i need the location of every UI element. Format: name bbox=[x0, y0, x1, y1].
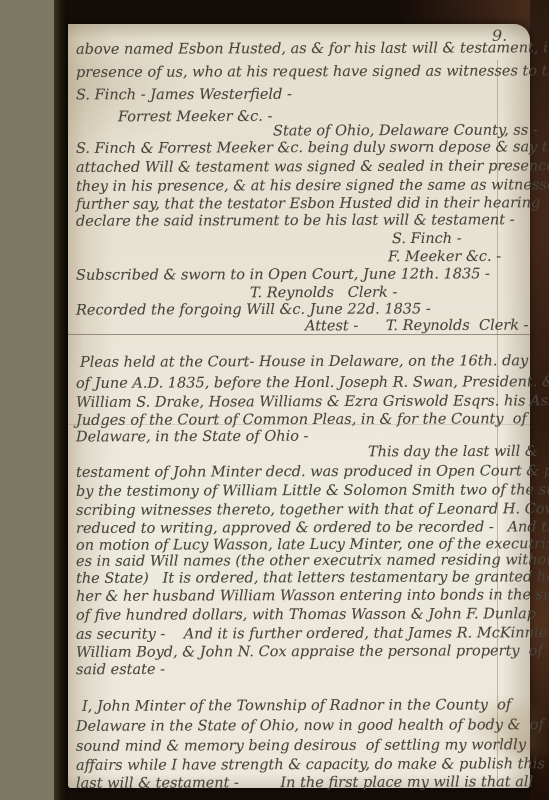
manuscript-line: said estate - bbox=[76, 661, 165, 679]
signature-line: S. Finch - bbox=[392, 230, 462, 248]
manuscript-line: declare the said instrument to be his la… bbox=[76, 211, 515, 231]
manuscript-line: by the testimony of William Little & Sol… bbox=[76, 481, 549, 501]
signature-line: Attest - T. Reynolds Clerk - bbox=[305, 317, 529, 336]
manuscript-line: they in his presence, & at his desire si… bbox=[76, 176, 549, 196]
manuscript-line: of five hundred dollars, with Thomas Was… bbox=[76, 605, 536, 625]
manuscript-line: William Boyd, & John N. Cox appraise the… bbox=[76, 642, 543, 662]
manuscript-line: Forrest Meeker &c. - bbox=[118, 108, 272, 127]
manuscript-page: 9. above named Esbon Husted, as & for hi… bbox=[68, 24, 530, 788]
manuscript-line: the State) It is ordered, that letters t… bbox=[76, 568, 549, 588]
manuscript-line: scribing witnesses thereto, together wit… bbox=[76, 500, 549, 520]
manuscript-line: attached Will & testament was signed & s… bbox=[76, 157, 549, 177]
manuscript-line: William S. Drake, Hosea Williams & Ezra … bbox=[76, 392, 549, 412]
manuscript-line: Delaware, in the State of Ohio - bbox=[76, 428, 309, 447]
manuscript-line: I, John Minter of the Township of Radnor… bbox=[82, 696, 511, 715]
photo-of-record-book: 9. above named Esbon Husted, as & for hi… bbox=[0, 0, 549, 800]
signature-line: T. Reynolds Clerk - bbox=[250, 284, 397, 303]
manuscript-line: her & her husband William Wasson enterin… bbox=[76, 586, 549, 606]
manuscript-line: of June A.D. 1835, before the Honl. Jose… bbox=[76, 373, 549, 393]
manuscript-line: sound mind & memory being desirous of se… bbox=[76, 736, 526, 756]
manuscript-line: Subscribed & sworn to in Open Court, Jun… bbox=[76, 265, 490, 284]
manuscript-line: Delaware in the State of Ohio, now in go… bbox=[76, 716, 544, 736]
manuscript-line: last will & testament - In the first pla… bbox=[76, 773, 533, 793]
manuscript-line: above named Esbon Husted, as & for his l… bbox=[76, 39, 549, 59]
signature-line: F. Meeker &c. - bbox=[388, 248, 501, 266]
book-cloth-edge-left bbox=[0, 0, 54, 800]
manuscript-line: testament of John Minter decd. was produ… bbox=[76, 462, 549, 482]
manuscript-line: S. Finch & Forrest Meeker &c. being duly… bbox=[76, 138, 549, 158]
page-gutter-shadow bbox=[54, 0, 68, 800]
manuscript-line: Pleas held at the Court- House in Delawa… bbox=[80, 352, 528, 372]
manuscript-line: presence of us, who at his request have … bbox=[76, 62, 549, 82]
manuscript-line: This day the last will & bbox=[368, 443, 538, 462]
manuscript-line: affairs while I have strength & capacity… bbox=[76, 755, 549, 775]
manuscript-line: as security - And it is further ordered,… bbox=[76, 624, 547, 644]
manuscript-line: S. Finch - James Westerfield - bbox=[76, 86, 292, 105]
